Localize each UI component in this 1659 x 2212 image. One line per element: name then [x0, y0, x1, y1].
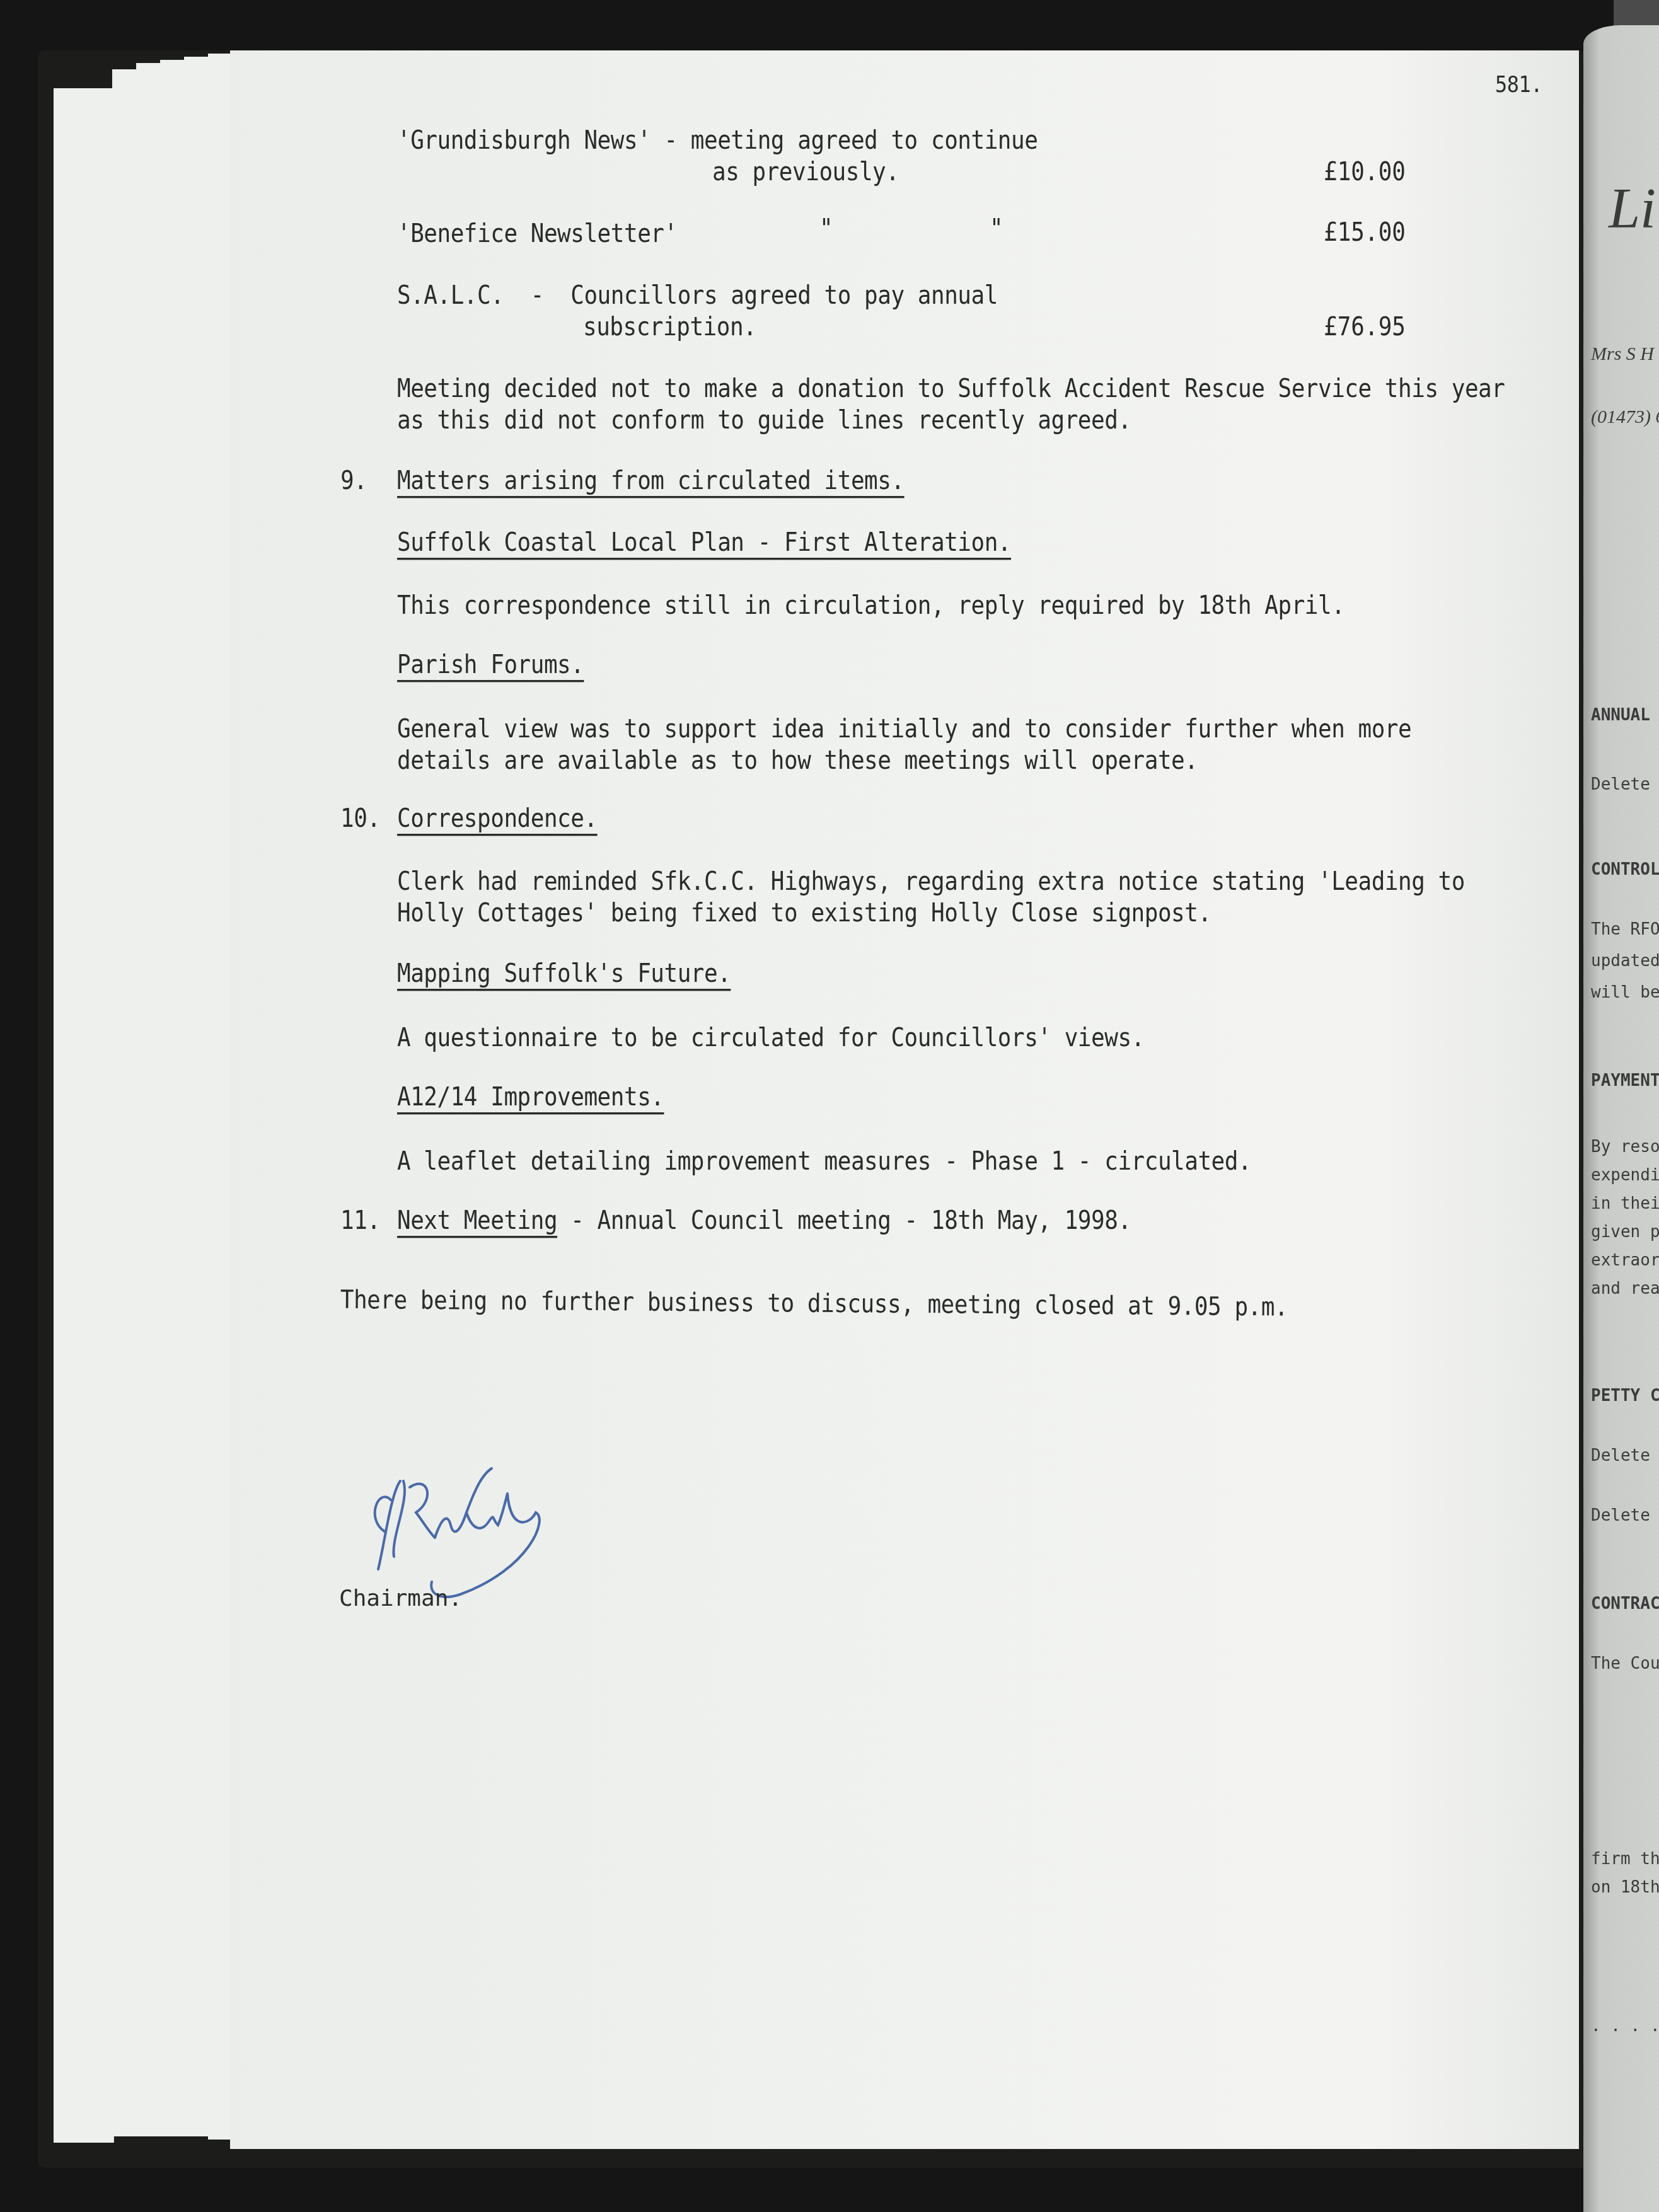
- payment-amount: £15.00: [1324, 218, 1406, 247]
- adjacent-heading: CONTRACTS: [1591, 1594, 1659, 1613]
- payment-item: 'Grundisburgh News' - meeting agreed to …: [397, 126, 1038, 155]
- section-line: Next Meeting - Annual Council meeting - …: [397, 1206, 1131, 1235]
- chairman-label: Chairman.: [339, 1586, 462, 1611]
- adjacent-text: expenditur: [1591, 1166, 1659, 1185]
- adjacent-text: updated in: [1591, 952, 1659, 971]
- adjacent-text: The Counci: [1591, 1654, 1659, 1673]
- payment-amount: £10.00: [1324, 158, 1406, 187]
- subsection-heading: Parish Forums.: [397, 650, 584, 679]
- adjacent-text: Delete: [1591, 775, 1650, 794]
- page-edge: [184, 57, 210, 2136]
- adjacent-text: will be mi: [1591, 983, 1659, 1002]
- page-edge: [160, 60, 186, 2136]
- subsection-heading: Suffolk Coastal Local Plan - First Alter…: [397, 528, 1011, 557]
- adjacent-heading: ANNUAL BUD: [1591, 706, 1659, 725]
- subsection-body: This correspondence still in circulation…: [397, 591, 1344, 620]
- adjacent-text: By resolut: [1591, 1138, 1659, 1156]
- subsection-body: A leaflet detailing improvement measures…: [397, 1147, 1251, 1176]
- adjacent-heading: CONTROLLIN: [1591, 860, 1659, 879]
- payment-item: S.A.L.C. - Councillors agreed to pay ann…: [397, 281, 998, 310]
- adjacent-heading: PAYMENTS O: [1591, 1071, 1659, 1090]
- adjacent-text: firm these: [1591, 1850, 1659, 1869]
- adjacent-text: in their v: [1591, 1194, 1659, 1213]
- subsection-body: A questionnaire to be circulated for Cou…: [397, 1023, 1145, 1052]
- subsection-body: details are available as to how these me…: [397, 746, 1198, 775]
- page-edge: [54, 88, 114, 2143]
- adjacent-text: Delete: [1591, 1506, 1650, 1525]
- adjacent-text: given prio: [1591, 1223, 1659, 1241]
- adjacent-name-fragment: Mrs S H Chene: [1591, 343, 1659, 365]
- adjacent-title-fragment: Li: [1609, 176, 1656, 241]
- ditto-mark: ": [819, 214, 833, 243]
- section-heading: Correspondence.: [397, 804, 598, 833]
- adjacent-page: Li Mrs S H Chene (01473) 62 ANNUAL BUD D…: [1583, 25, 1659, 2212]
- adjacent-text: . . . .: [1591, 2017, 1659, 2036]
- page-number: 581.: [1495, 71, 1542, 98]
- adjacent-text: Delete: [1591, 1446, 1650, 1465]
- page-edge: [112, 69, 138, 2136]
- adjacent-text: and reason: [1591, 1279, 1659, 1298]
- adjacent-text: on 18th Ma: [1591, 1878, 1659, 1897]
- page-edge: [136, 63, 162, 2136]
- adjacent-text: The RFO wi: [1591, 920, 1659, 939]
- adjacent-text: extraordin: [1591, 1251, 1659, 1270]
- subsection-heading: Mapping Suffolk's Future.: [397, 959, 731, 988]
- payment-item-continuation: subscription.: [583, 313, 756, 342]
- subsection-body: General view was to support idea initial…: [397, 715, 1411, 744]
- section-body: Clerk had reminded Sfk.C.C. Highways, re…: [397, 867, 1465, 896]
- section-number: 10.: [340, 804, 381, 833]
- section-heading: Matters arising from circulated items.: [397, 466, 905, 495]
- subsection-heading: A12/14 Improvements.: [397, 1083, 664, 1112]
- ditto-mark: ": [990, 214, 1003, 243]
- payment-amount: £76.95: [1324, 313, 1406, 342]
- donation-note-line: as this did not conform to guide lines r…: [397, 406, 1131, 435]
- adjacent-heading: PETTY CASH: [1591, 1386, 1659, 1405]
- payment-item: 'Benefice Newsletter': [397, 219, 678, 248]
- payment-item-continuation: as previously.: [712, 158, 899, 187]
- section-detail: - Annual Council meeting - 18th May, 199…: [557, 1206, 1131, 1235]
- section-heading: Next Meeting: [397, 1206, 557, 1235]
- adjacent-phone-fragment: (01473) 62: [1591, 406, 1659, 428]
- section-body: Holly Cottages' being fixed to existing …: [397, 899, 1211, 928]
- section-number: 9.: [340, 466, 367, 495]
- section-number: 11.: [340, 1206, 381, 1235]
- donation-note-line: Meeting decided not to make a donation t…: [397, 374, 1505, 403]
